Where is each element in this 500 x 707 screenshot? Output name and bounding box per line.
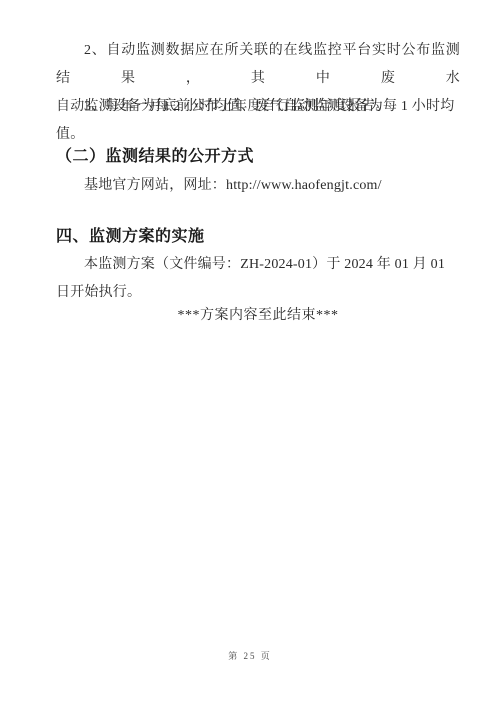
section-heading-disclosure: （二）监测结果的公开方式 — [56, 146, 460, 168]
website-line: 基地官方网站，网址：http://www.haofengjt.com/ — [56, 172, 460, 200]
implementation-line: 本监测方案（文件编号：ZH-2024-01）于 2024 年 01 月 01 日… — [56, 251, 460, 307]
page-number-footer: 第 25 页 — [0, 649, 500, 662]
paragraph-annual-report: 3、每年一月底前公布上年度自行监测年度报告。 — [56, 93, 460, 121]
paragraph-auto-monitoring-line-1: 2、自动监测数据应在所关联的在线监控平台实时公布监测结果，其中废水 — [56, 37, 460, 93]
document-page: 2、自动监测数据应在所关联的在线监控平台实时公布监测结果，其中废水 自动监测设备… — [0, 0, 500, 707]
section-heading-implementation: 四、监测方案的实施 — [56, 226, 460, 248]
end-of-plan-marker: ***方案内容至此结束*** — [56, 302, 460, 330]
